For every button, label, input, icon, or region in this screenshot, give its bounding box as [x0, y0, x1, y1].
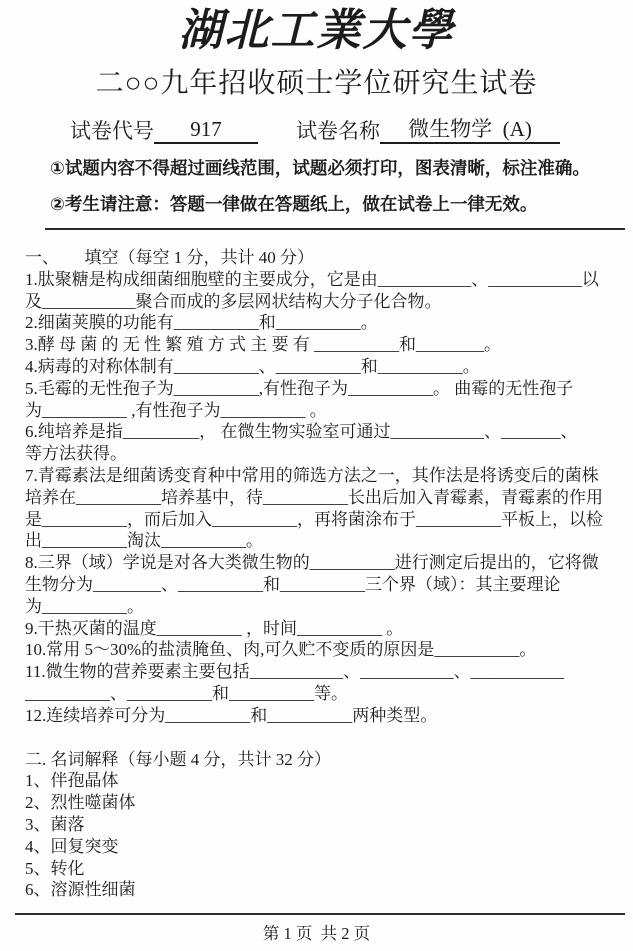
- question-line: 10.常用 5～30%的盐渍腌鱼、肉,可久贮不变质的原因是__________。: [25, 639, 629, 661]
- term-item: 3、菌落: [25, 814, 629, 836]
- page-footer: 第 1 页 共 2 页: [0, 923, 633, 945]
- question-line: 1.肽聚糖是构成细菌细胞壁的主要成分，它是由___________、______…: [25, 269, 629, 291]
- question-line: 12.连续培养可分为__________和__________两种类型。: [25, 705, 629, 727]
- paper-name-value: 微生物学 (A): [380, 116, 560, 144]
- question-line: __________、__________和__________等。: [25, 683, 629, 705]
- question-line: 8.三界（域）学说是对各大类微生物的__________进行测定后提出的，它将微: [25, 552, 629, 574]
- exam-body: 一、 填空（每空 1 分，共计 40 分） 1.肽聚糖是构成细菌细胞壁的主要成分…: [0, 230, 633, 901]
- question-line: 7.青霉素法是细菌诱变育种中常用的筛选方法之一，其作法是将诱变后的菌株: [25, 465, 629, 487]
- notice-line-2: ②考生请注意：答题一律做在答题纸上，做在试卷上一律无效。: [50, 192, 633, 216]
- question-line: 出__________淘汰__________。: [25, 530, 629, 552]
- question-line: 4.病毒的对称体制有__________、__________和________…: [25, 356, 629, 378]
- question-line: 是__________，而后加入__________，再将菌涂布于_______…: [25, 509, 629, 531]
- question-line: 培养在__________培养基中，待__________长出后加入青霉素，青霉…: [25, 487, 629, 509]
- paper-name-label: 试卷名称: [296, 118, 380, 144]
- question-line: 2.细菌荚膜的功能有__________和__________。: [25, 312, 629, 334]
- question-line: 11.微生物的营养要素主要包括___________、___________、_…: [25, 661, 629, 683]
- footer-divider: [15, 913, 625, 915]
- term-item: 1、伴孢晶体: [25, 770, 629, 792]
- section1-heading: 一、 填空（每空 1 分，共计 40 分）: [25, 247, 629, 269]
- question-line: 9.干热灭菌的温度__________ ，时间__________ 。: [25, 618, 629, 640]
- section2-heading: 二. 名词解释（每小题 4 分，共计 32 分）: [25, 749, 629, 771]
- question-line: 3.酵 母 菌 的 无 性 繁 殖 方 式 主 要 有 __________和_…: [25, 334, 629, 356]
- question-line: 6.纯培养是指_________， 在微生物实验室可通过___________、…: [25, 421, 629, 443]
- question-line: 生物分为________、__________和__________三个界（域）…: [25, 574, 629, 596]
- exam-notices: ①试题内容不得超过画线范围，试题必须打印，图表清晰，标注准确。 ②考生请注意：答…: [0, 156, 633, 216]
- question-line: 及___________聚合而成的多层网状结构大分子化合物。: [25, 291, 629, 313]
- term-item: 5、转化: [25, 858, 629, 880]
- term-item: 2、烈性噬菌体: [25, 792, 629, 814]
- question-line: 等方法获得。: [25, 443, 629, 465]
- question-line: 5.毛霉的无性孢子为__________,有性孢子为__________。 曲霉…: [25, 378, 629, 400]
- exam-paper-page: 湖北工業大學 二○○九年招收硕士学位研究生试卷 试卷代号917试卷名称微生物学 …: [0, 0, 633, 951]
- question-line: 为__________ ,有性孢子为__________ 。: [25, 400, 629, 422]
- notice-line-1: ①试题内容不得超过画线范围，试题必须打印，图表清晰，标注准确。: [50, 156, 633, 180]
- university-logo-calligraphy: 湖北工業大學: [0, 0, 633, 58]
- question-line: 为__________。: [25, 596, 629, 618]
- paper-meta-row: 试卷代号917试卷名称微生物学 (A): [0, 116, 633, 144]
- paper-code-value: 917: [154, 116, 258, 144]
- term-item: 6、溶源性细菌: [25, 879, 629, 901]
- term-item: 4、回复突变: [25, 836, 629, 858]
- exam-paper-title: 二○○九年招收硕士学位研究生试卷: [0, 66, 633, 102]
- paper-code-label: 试卷代号: [70, 118, 154, 144]
